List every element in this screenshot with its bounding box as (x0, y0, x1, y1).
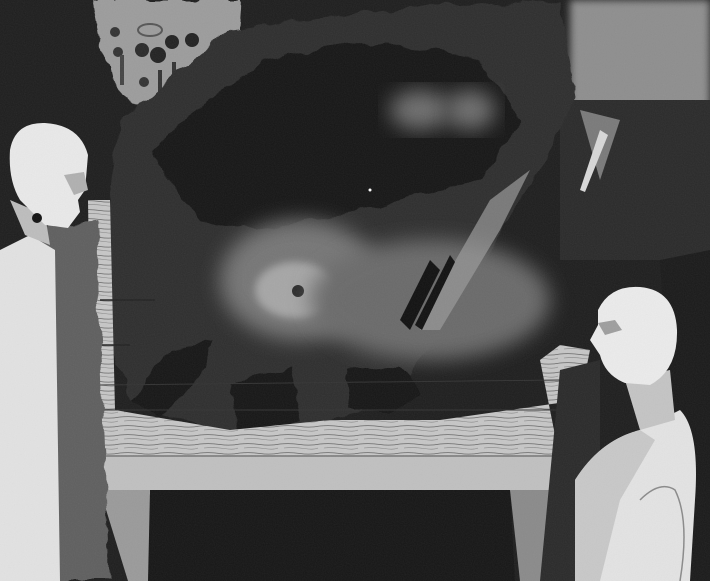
painting-canvas: Grayscale ink and watercolor painting: t… (0, 0, 710, 581)
painting (0, 0, 710, 581)
